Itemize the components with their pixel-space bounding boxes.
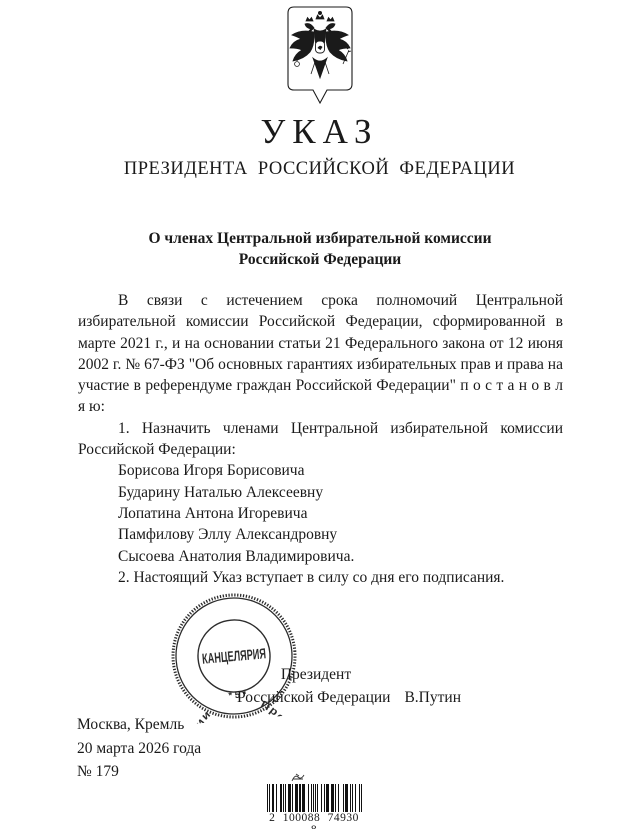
chancellery-stamp-seal: Президент Российской Федерации КАНЦЕЛЯРИ… bbox=[165, 587, 304, 726]
decree-body: В связи с истечением срока полномочий Це… bbox=[78, 290, 563, 588]
appointee: Лопатина Антона Игоревича bbox=[78, 503, 563, 524]
item-2-paragraph: 2. Настоящий Указ вступает в силу со дня… bbox=[78, 567, 563, 588]
signature-name: В.Путин bbox=[404, 687, 461, 710]
barcode-digits: 2 100088 74930 8 bbox=[264, 812, 364, 829]
item-1-paragraph: 1. Назначить членами Центральной избират… bbox=[78, 418, 563, 461]
decree-subtitle: ПРЕЗИДЕНТА РОССИЙСКОЙ ФЕДЕРАЦИИ bbox=[0, 159, 639, 180]
date-line: 20 марта 2026 года bbox=[77, 737, 201, 761]
barcode-bars bbox=[264, 784, 364, 812]
barcode-top-mark bbox=[264, 772, 364, 784]
subject-heading: О членах Центральной избирательной комис… bbox=[78, 228, 562, 270]
appointee-list: Борисова Игоря Борисовича Бударину Натал… bbox=[78, 460, 563, 566]
appointee: Бударину Наталью Алексеевну bbox=[78, 482, 563, 503]
decree-page: УКАЗ ПРЕЗИДЕНТА РОССИЙСКОЙ ФЕДЕРАЦИИ О ч… bbox=[0, 0, 639, 829]
decree-title: УКАЗ bbox=[0, 112, 639, 152]
appointee: Сысоева Анатолия Владимировича. bbox=[78, 546, 563, 567]
appointee: Памфилову Эллу Александровну bbox=[78, 524, 563, 545]
registration-barcode: 2 100088 74930 8 bbox=[264, 772, 364, 829]
appointee: Борисова Игоря Борисовича bbox=[78, 460, 563, 481]
number-line: № 179 bbox=[77, 760, 201, 784]
coat-of-arms-icon bbox=[279, 4, 361, 106]
subject-line-2: Российской Федерации bbox=[78, 249, 562, 270]
preamble-paragraph: В связи с истечением срока полномочий Це… bbox=[78, 290, 563, 418]
subject-line-1: О членах Центральной избирательной комис… bbox=[78, 228, 562, 249]
stamp-center-text: КАНЦЕЛЯРИЯ bbox=[202, 646, 267, 668]
stamp-bottom-text: * 5 * bbox=[228, 689, 247, 702]
